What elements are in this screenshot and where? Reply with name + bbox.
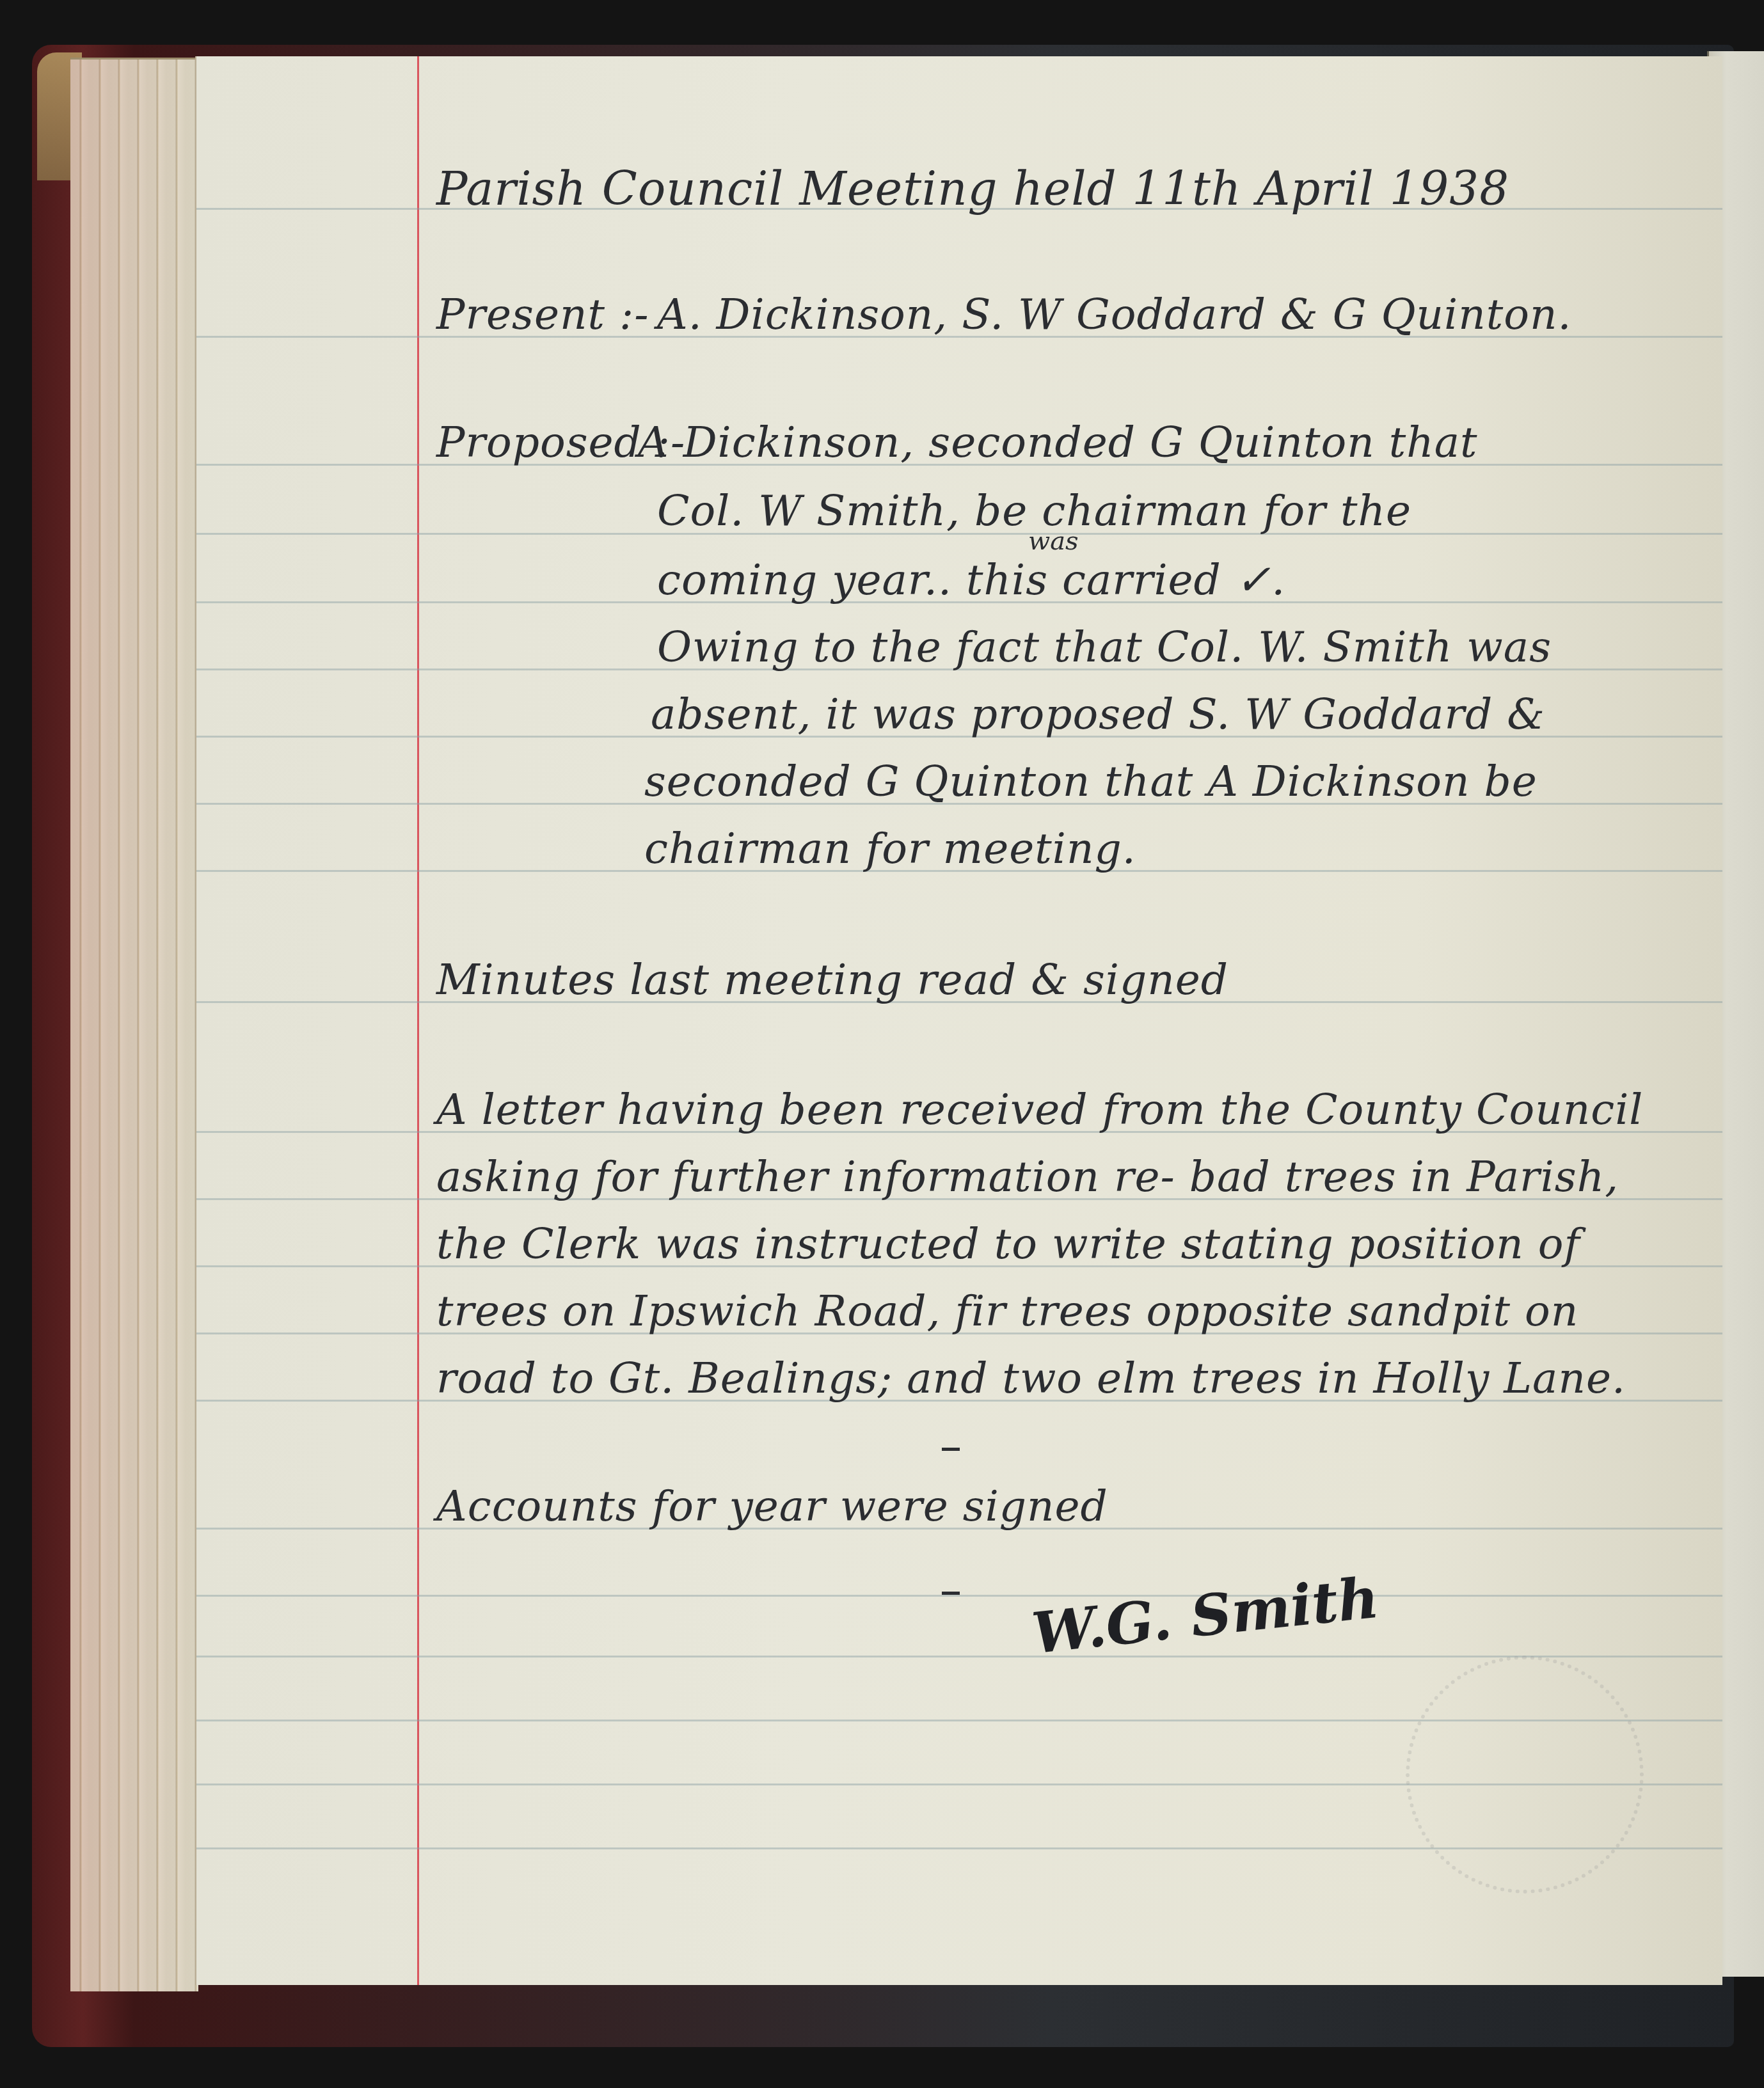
proposed-line: chairman for meeting.	[644, 824, 1136, 873]
page-stack-edges	[70, 58, 198, 1991]
letter-line: trees on Ipswich Road, fir trees opposit…	[436, 1286, 1578, 1336]
minute-book-page: Parish Council Meeting held 11th April 1…	[195, 56, 1722, 1985]
present-label: Present :-	[436, 290, 649, 339]
proposed-line: coming year.. this carried ✓.	[657, 555, 1285, 605]
inserted-word: was	[1028, 526, 1079, 556]
letter-line: A letter having been received from the C…	[436, 1085, 1643, 1134]
separator-dash	[942, 1448, 960, 1451]
separator-dash	[942, 1592, 960, 1595]
proposed-line: seconded G Quinton that A Dickinson be	[644, 757, 1538, 806]
chairman-signature: W.G. Smith	[1029, 1564, 1382, 1666]
letter-line: road to Gt. Bealings; and two elm trees …	[436, 1354, 1626, 1403]
red-margin-line	[417, 56, 419, 1985]
ruled-line	[196, 1595, 1722, 1597]
ruled-line	[196, 1656, 1722, 1657]
letter-line: the Clerk was instructed to write statin…	[436, 1219, 1580, 1269]
meeting-heading: Parish Council Meeting held 11th April 1…	[436, 162, 1509, 216]
faded-stamp	[1406, 1656, 1644, 1894]
proposed-line: A Dickinson, seconded G Quinton that	[638, 418, 1478, 467]
proposed-line: absent, it was proposed S. W Goddard &	[651, 690, 1545, 739]
present-names: A. Dickinson, S. W Goddard & G Quinton.	[657, 290, 1571, 339]
accounts-item: Accounts for year were signed	[436, 1482, 1108, 1531]
letter-line: asking for further information re- bad t…	[436, 1152, 1619, 1201]
minutes-item: Minutes last meeting read & signed	[436, 955, 1228, 1004]
proposed-line: Owing to the fact that Col. W. Smith was	[657, 622, 1552, 672]
